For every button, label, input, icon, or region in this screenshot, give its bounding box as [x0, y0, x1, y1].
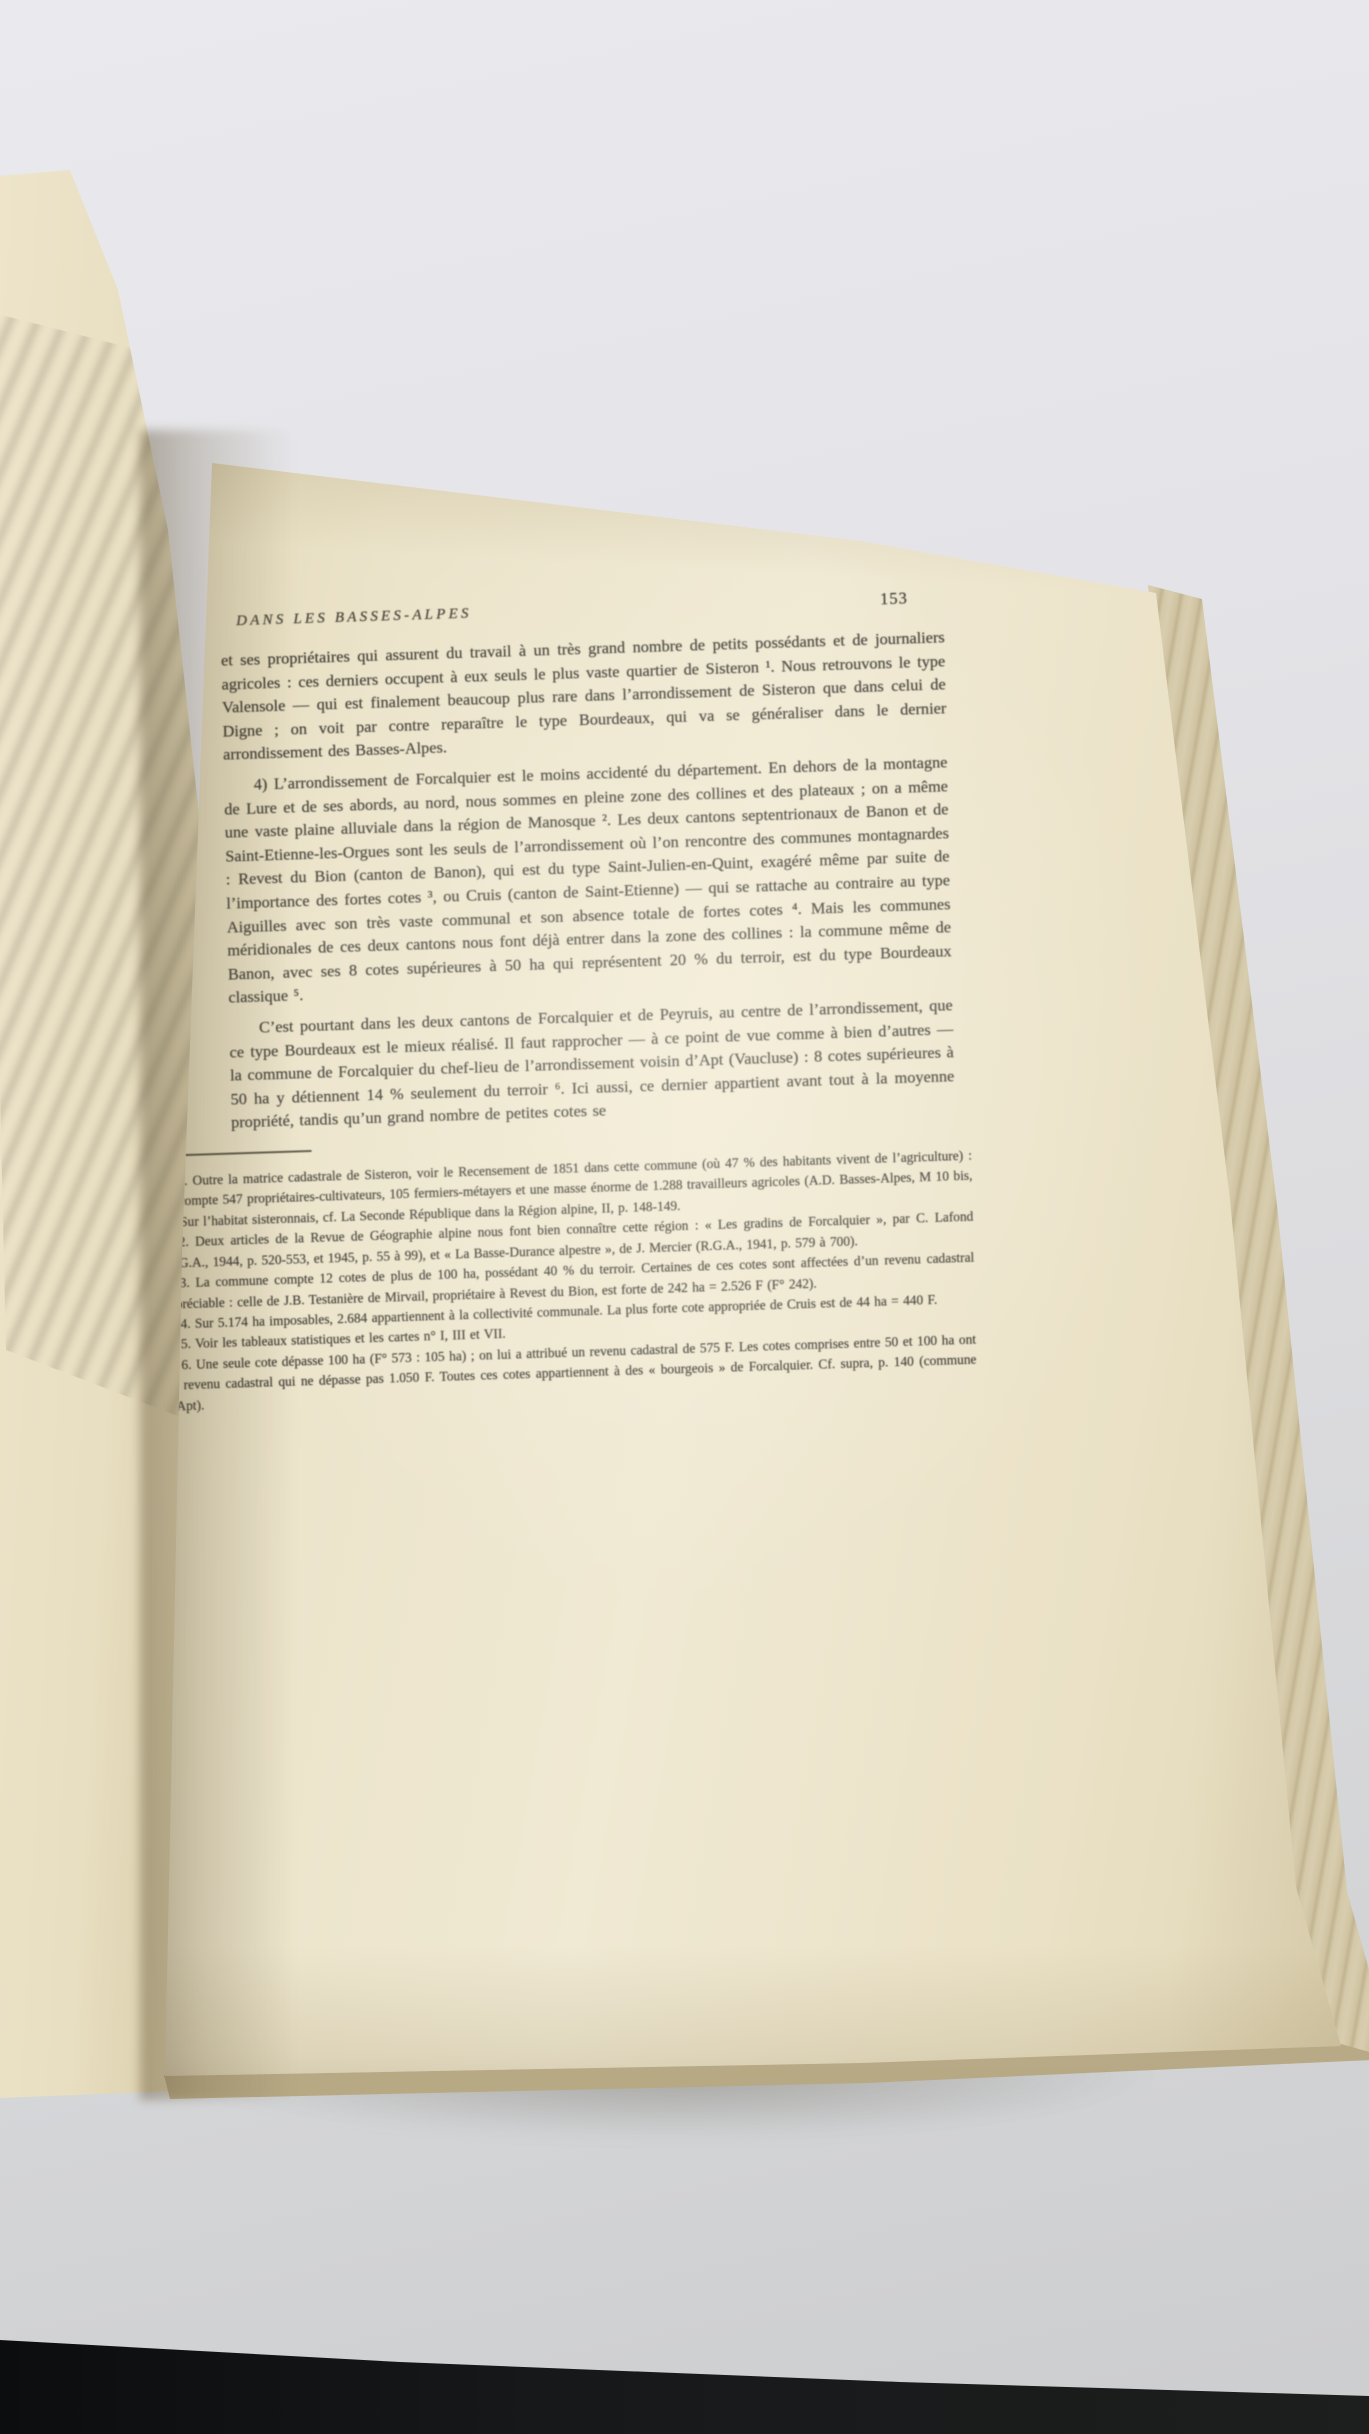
table-edge-dark-band — [0, 2320, 1369, 2434]
page-content: DANS LES BASSES-ALPES 153 et ses proprié… — [148, 586, 989, 1416]
body-text: et ses propriétaires qui assurent du tra… — [221, 625, 955, 1134]
footnote-separator-rule — [154, 1150, 312, 1157]
book-photo: DANS LES BASSES-ALPES 153 et ses proprié… — [0, 0, 1369, 2434]
right-page-block: DANS LES BASSES-ALPES 153 et ses proprié… — [160, 455, 1369, 2115]
body-paragraph: 4) L’arrondissement de Forcalquier est l… — [224, 750, 953, 1009]
body-paragraph: C’est pourtant dans les deux cantons de … — [229, 993, 955, 1134]
body-paragraph: et ses propriétaires qui assurent du tra… — [221, 625, 947, 766]
page-number: 153 — [880, 588, 908, 609]
running-head: DANS LES BASSES-ALPES 153 — [148, 586, 972, 633]
footnotes: 1. Outre la matrice cadastrale de Sister… — [160, 1146, 977, 1417]
running-header-title: DANS LES BASSES-ALPES — [236, 606, 472, 631]
